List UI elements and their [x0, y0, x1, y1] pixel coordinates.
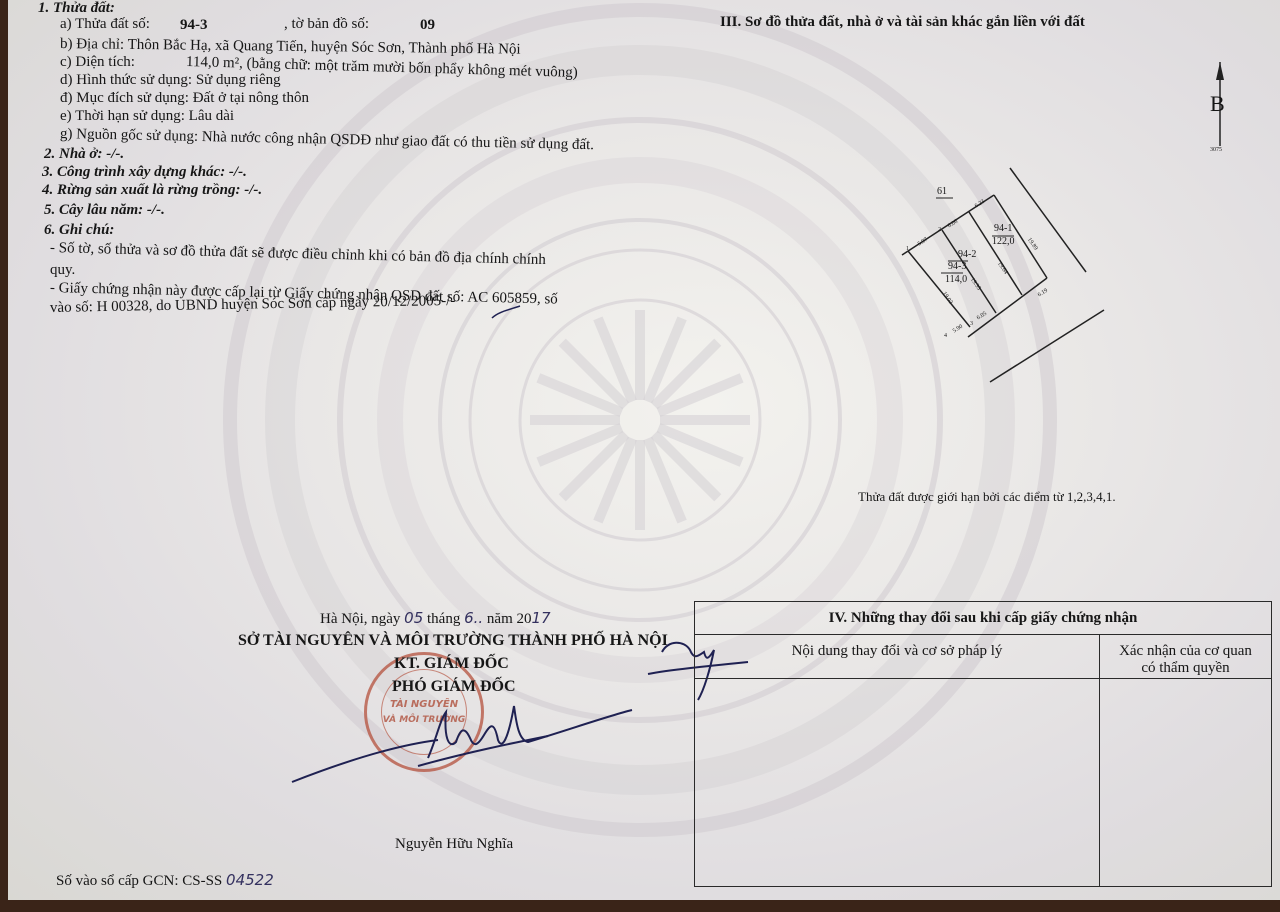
changes-table-title: IV. Những thay đổi sau khi cấp giấy chứn… — [695, 602, 1271, 635]
registry-label: Số vào sổ cấp GCN: CS-SS — [56, 873, 222, 889]
signer-name: Nguyễn Hữu Nghĩa — [395, 836, 513, 853]
confirmation-header-line-1: Xác nhận của cơ quan — [1119, 643, 1252, 659]
registry-number: 04522 — [226, 871, 274, 889]
changes-table: IV. Những thay đổi sau khi cấp giấy chứn… — [694, 601, 1272, 887]
registry-line: Số vào sổ cấp GCN: CS-SS 04522 — [56, 872, 274, 890]
changes-content-column: Nội dung thay đổi và cơ sở pháp lý — [695, 635, 1100, 886]
certificate-page: 1. Thửa đất: a) Thửa đất số: 94-3 , tờ b… — [8, 0, 1280, 900]
changes-confirmation-column: Xác nhận của cơ quan có thẩm quyền — [1100, 635, 1271, 886]
changes-confirmation-header: Xác nhận của cơ quan có thẩm quyền — [1100, 635, 1271, 679]
confirmation-header-line-2: có thẩm quyền — [1141, 660, 1229, 676]
changes-content-header: Nội dung thay đổi và cơ sở pháp lý — [695, 635, 1099, 679]
